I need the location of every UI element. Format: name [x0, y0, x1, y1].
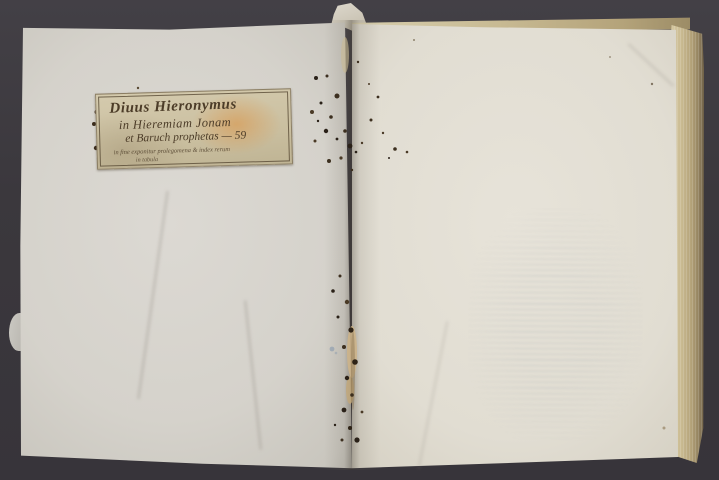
- label-line-3: et Baruch prophetas — 59: [125, 130, 246, 145]
- label-note-line-2: in tabula: [136, 156, 158, 164]
- manuscript-photo: Diuus Hieronymus in Hieremiam Jonam et B…: [0, 0, 719, 480]
- title-label: Diuus Hieronymus in Hieremiam Jonam et B…: [95, 88, 293, 169]
- text-show-through: [467, 207, 644, 443]
- left-page: [20, 22, 352, 470]
- label-note-line: in fine exponitur prolegomena & index re…: [114, 146, 230, 156]
